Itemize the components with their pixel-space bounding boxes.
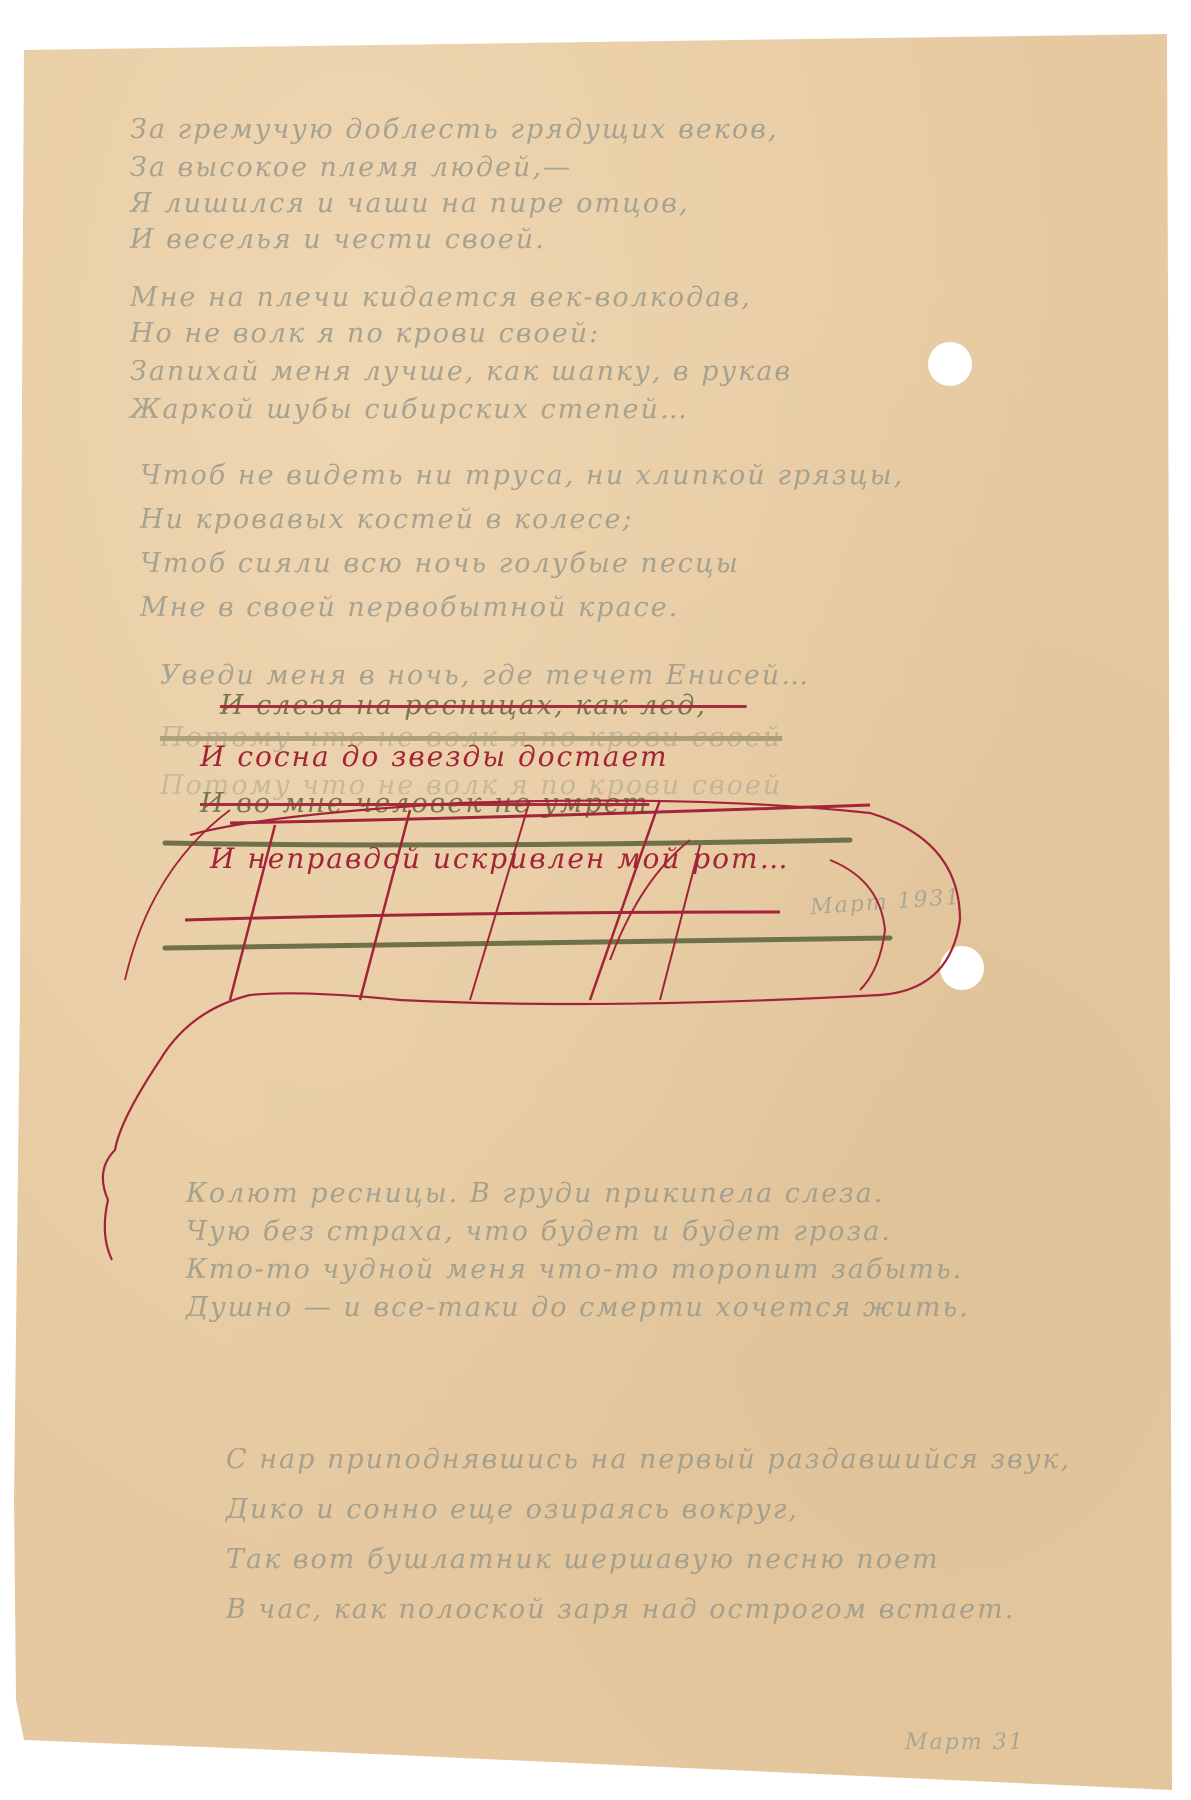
poem2-stanza1-line3: Кто-то чудной меня что-то торопит забыть… [186, 1254, 963, 1285]
poem1-stanza2-line3: Запихай меня лучше, как шапку, в рукав [130, 356, 792, 387]
struck-red-line-mid: И во мне человек не умрет [200, 788, 649, 819]
poem1-stanza2-line1: Мне на плечи кидается век-волкодав, [130, 282, 752, 313]
poem1-stanza3-line2: Ни кровавых костей в колесе; [140, 504, 634, 535]
poem2-stanza1-line2: Чую без страха, что будет и будет гроза. [186, 1216, 892, 1247]
poem1-stanza4-line1: Уведи меня в ночь, где течет Енисей… [160, 660, 810, 691]
poem1-stanza1-line2: За высокое племя людей,— [130, 152, 572, 183]
poem2-stanza1-line4: Душно — и все-таки до смерти хочется жит… [186, 1292, 970, 1323]
poem1-stanza3-line1: Чтоб не видеть ни труса, ни хлипкой гряз… [140, 460, 904, 491]
poem1-stanza2-line2: Но не волк я по крови своей: [130, 318, 600, 349]
poem2-stanza2-line3: Так вот бушлатник шершавую песню поет [226, 1544, 940, 1575]
poem1-stanza2-line4: Жаркой шубы сибирских степей… [130, 394, 689, 425]
punch-hole-top [928, 342, 972, 386]
poem1-stanza1-line4: И веселья и чести своей. [130, 224, 546, 255]
inserted-red-line-1: И сосна до звезды достает [200, 740, 669, 773]
manuscript-sheet: За гремучую доблесть грядущих веков, За … [0, 0, 1191, 1800]
poem1-stanza3-line3: Чтоб сияли всю ночь голубые песцы [140, 548, 740, 579]
poem2-date: Март 31 [905, 1730, 1025, 1755]
poem1-stanza3-line4: Мне в своей первобытной красе. [140, 592, 679, 623]
inserted-red-line-2: И неправдой искривлен мой рот… [210, 842, 790, 875]
poem1-stanza1-line1: За гремучую доблесть грядущих веков, [130, 114, 778, 145]
poem2-stanza2-line2: Дико и сонно еще озираясь вокруг, [226, 1494, 799, 1525]
struck-red-line-top: И слеза на ресницах, как лед, — [220, 690, 747, 721]
poem2-stanza1-line1: Колют ресницы. В груди прикипела слеза. [186, 1178, 884, 1209]
poem2-stanza2-line1: С нар приподнявшись на первый раздавшийс… [226, 1444, 1071, 1475]
poem2-stanza2-line4: В час, как полоской заря над острогом вс… [226, 1594, 1015, 1625]
paper-page [0, 0, 1191, 1800]
poem1-stanza1-line3: Я лишился и чаши на пире отцов, [130, 188, 689, 219]
punch-hole-bottom [940, 946, 984, 990]
